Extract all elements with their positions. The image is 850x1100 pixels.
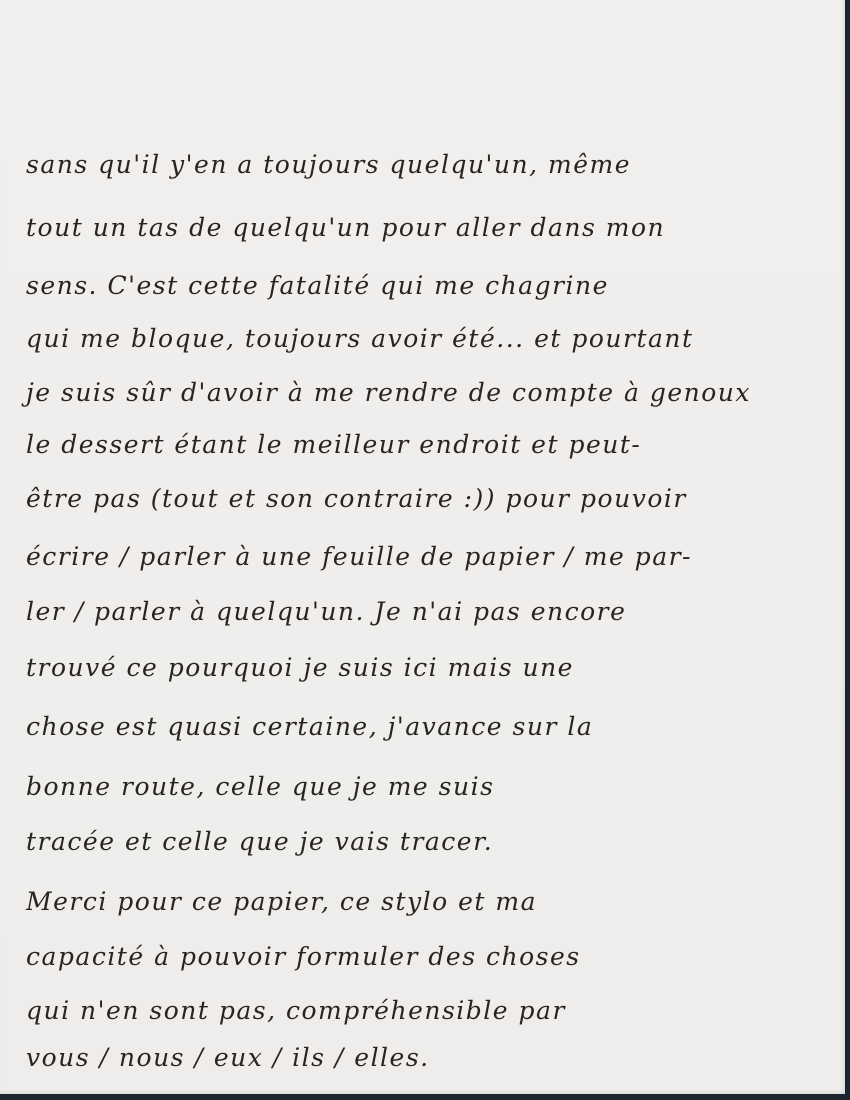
handwritten-line: être pas (tout et son contraire :)) pour… — [26, 484, 687, 513]
handwritten-line: écrire / parler à une feuille de papier … — [26, 542, 692, 571]
handwritten-line: Merci pour ce papier, ce stylo et ma — [26, 887, 537, 916]
handwritten-line: qui me bloque, toujours avoir été... et … — [26, 324, 694, 353]
handwritten-line: capacité à pouvoir formuler des choses — [26, 942, 581, 971]
handwritten-line: ler / parler à quelqu'un. Je n'ai pas en… — [26, 597, 626, 626]
paper-sheet: sans qu'il y'en a toujours quelqu'un, mê… — [0, 0, 845, 1094]
handwritten-line: je suis sûr d'avoir à me rendre de compt… — [26, 378, 751, 407]
handwritten-line: vous / nous / eux / ils / elles. — [26, 1043, 430, 1072]
handwritten-line: sens. C'est cette fatalité qui me chagri… — [26, 271, 609, 300]
handwritten-line: qui n'en sont pas, compréhensible par — [26, 996, 566, 1025]
handwritten-line: sans qu'il y'en a toujours quelqu'un, mê… — [26, 150, 631, 179]
handwritten-line: tracée et celle que je vais tracer. — [26, 827, 493, 856]
handwritten-line: tout un tas de quelqu'un pour aller dans… — [26, 213, 665, 242]
handwritten-line: chose est quasi certaine, j'avance sur l… — [26, 712, 593, 741]
handwritten-line: le dessert étant le meilleur endroit et … — [26, 430, 641, 459]
handwritten-line: trouvé ce pourquoi je suis ici mais une — [26, 653, 574, 682]
handwritten-line: bonne route, celle que je me suis — [26, 772, 494, 801]
